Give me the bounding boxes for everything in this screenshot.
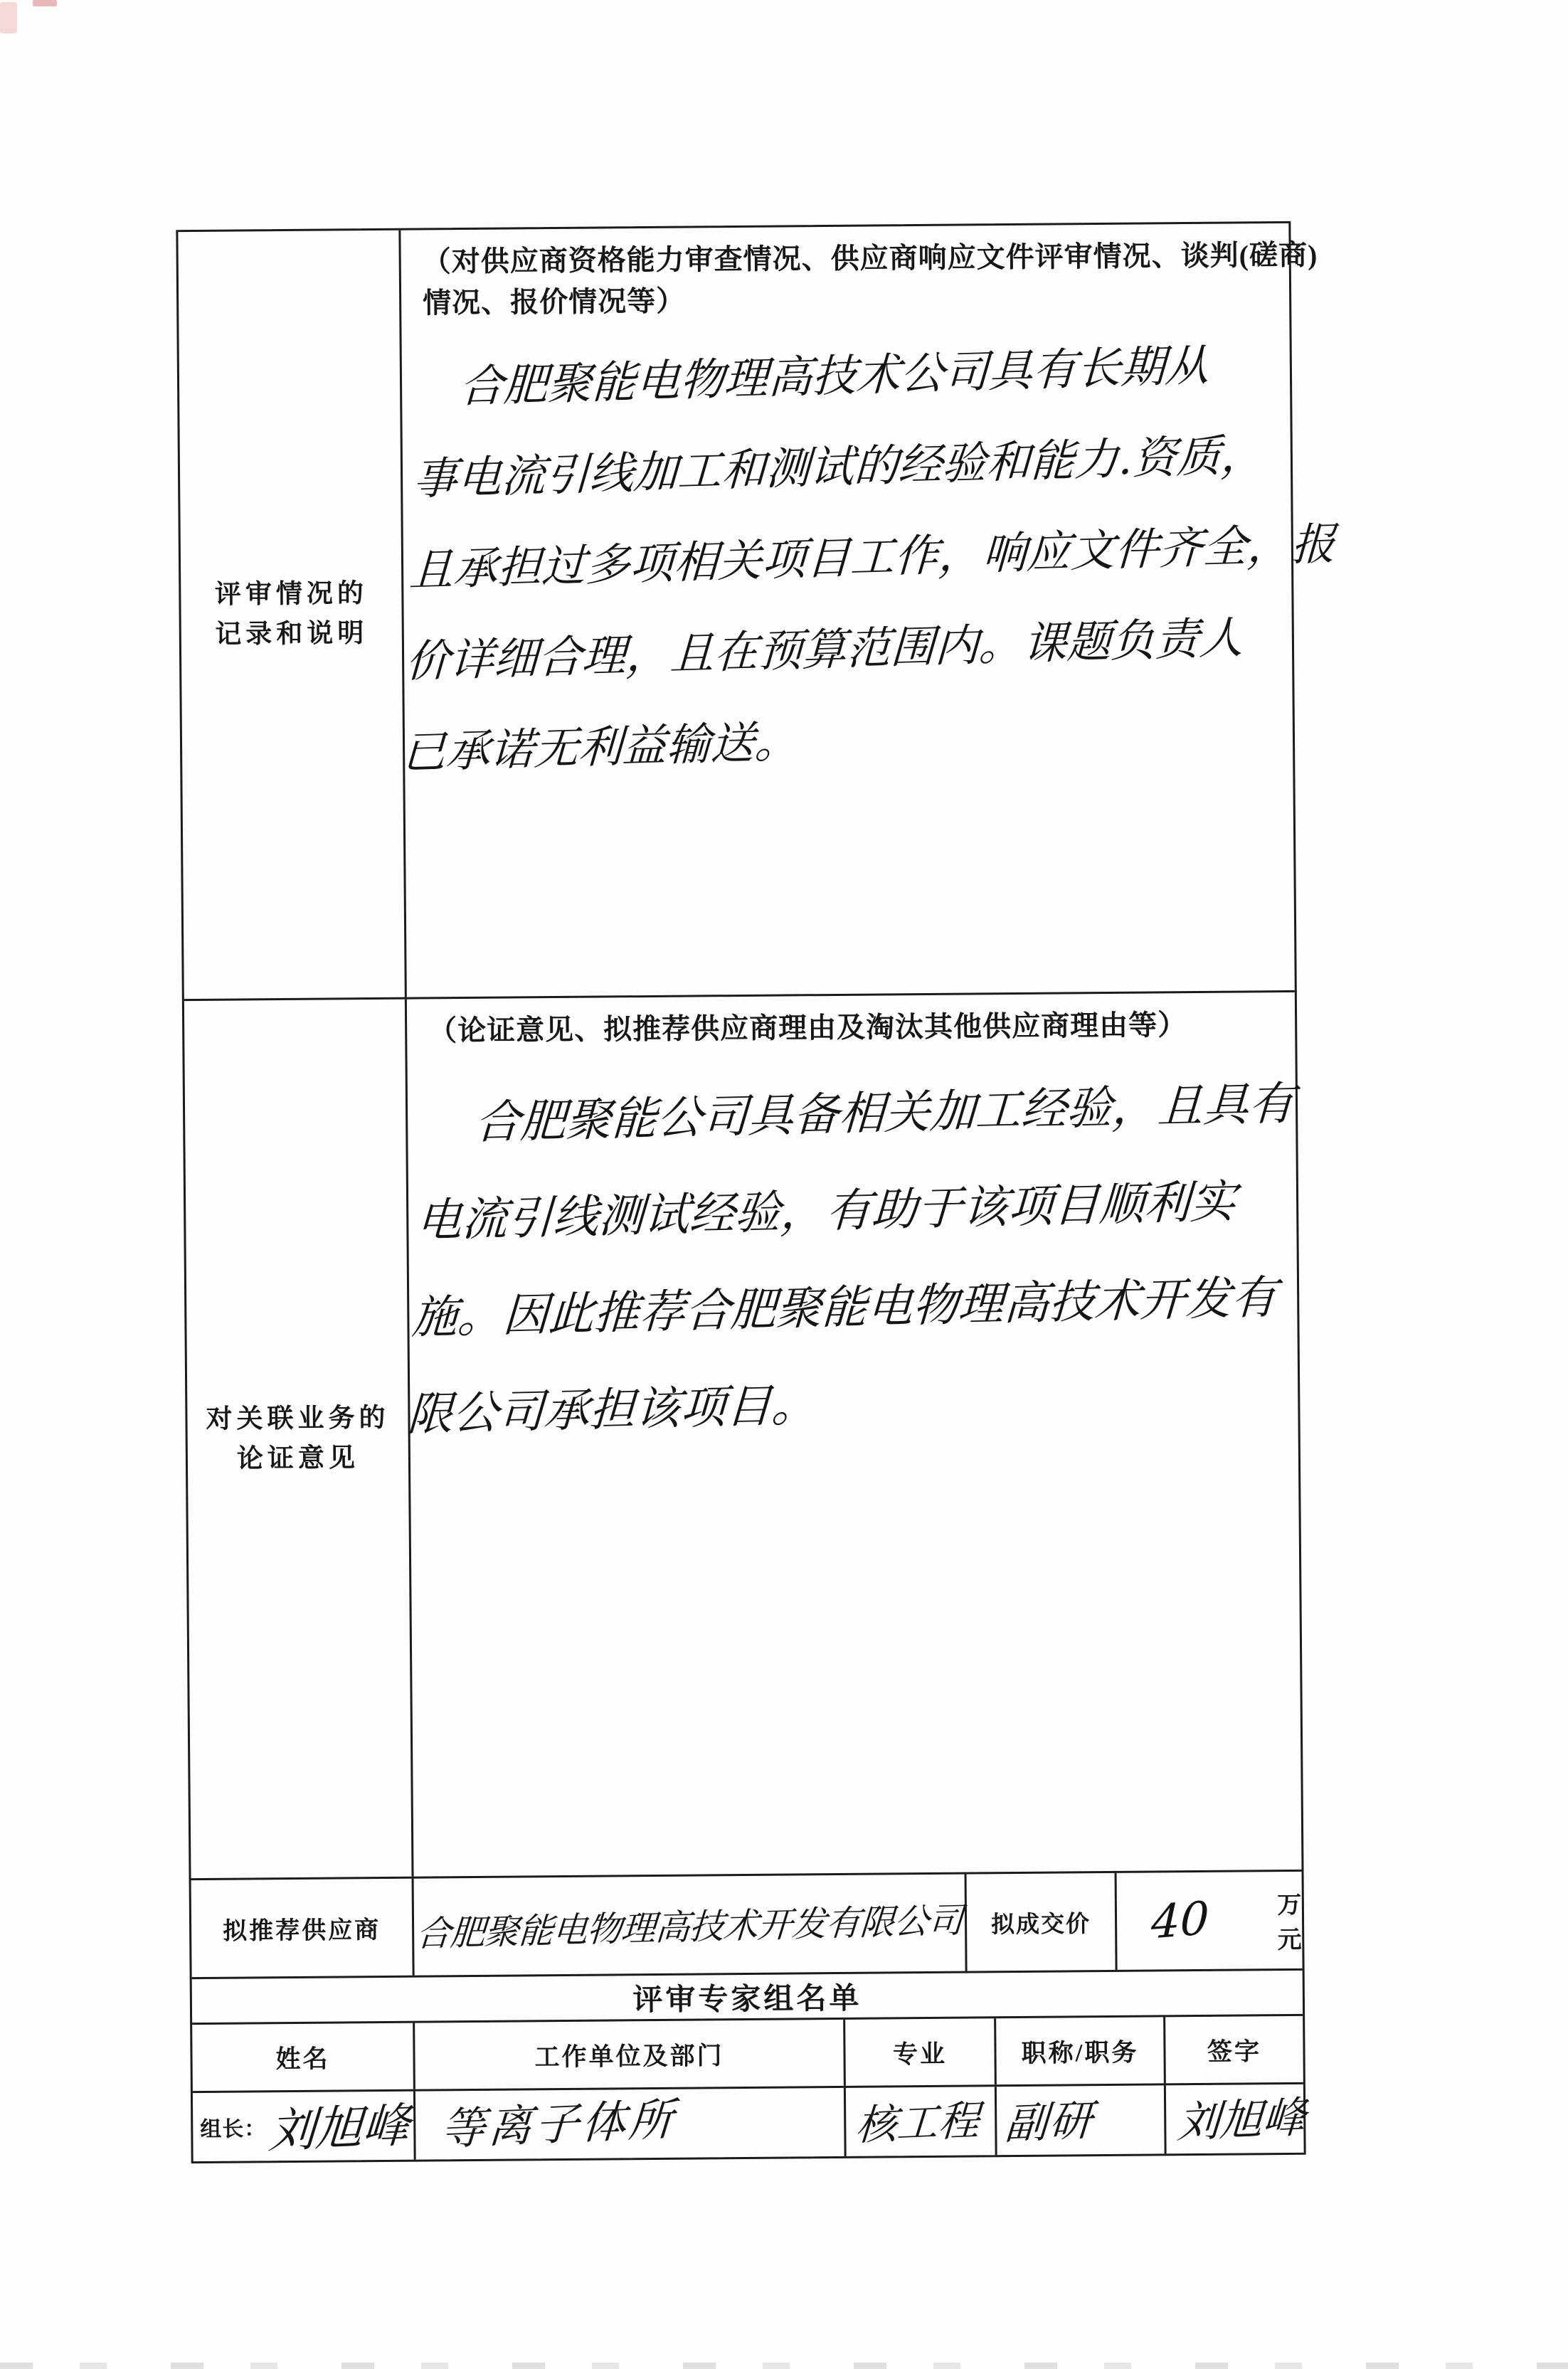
leader-name-cell: 组长： 刘旭峰 (193, 2092, 414, 2161)
leader-signature-cell: 刘旭峰 (1164, 2084, 1306, 2154)
related-business-label: 对关联业务的 论证意见 (184, 1000, 412, 1878)
evaluation-form-table: 评审情况的 记录和说明 （对供应商资格能力审查情况、供应商响应文件评审情况、谈判… (176, 221, 1305, 2163)
leader-unit-handwritten: 等离子体所 (440, 2084, 678, 2157)
related-business-handwriting: 合肥聚能公司具备相关加工经验，且具有 电流引线测试经验，有助于该项目顺利实 施。… (405, 1056, 1296, 1464)
related-business-label-line2: 论证意见 (237, 1438, 359, 1479)
experts-header-name: 姓名 (192, 2023, 413, 2091)
supplier-name-handwritten: 合肥聚能电物理高技术开发有限公司 (415, 1893, 964, 1957)
price-label: 拟成交价 (965, 1873, 1116, 1971)
leader-major-cell: 核工程 (844, 2087, 995, 2156)
experts-title-row: 评审专家组名单 (192, 1968, 1303, 2023)
review-record-label-line1: 评审情况的 (215, 574, 368, 615)
related-business-row: 对关联业务的 论证意见 （论证意见、拟推荐供应商理由及淘汰其他供应商理由等） 合… (184, 990, 1302, 1878)
scan-artifact-red-1 (0, 2, 17, 33)
supplier-label: 拟推荐供应商 (191, 1879, 413, 1977)
review-record-label-line2: 记录和说明 (215, 614, 368, 655)
review-record-handwriting: 合肥聚能电物理高技术公司具有长期从 事电流引线加工和测试的经验和能力.资质， 且… (400, 316, 1345, 799)
leader-title-handwritten: 副研 (1004, 2087, 1096, 2152)
price-unit-label: 万元 (1277, 1885, 1305, 1955)
price-value-handwritten: 40 (1150, 1892, 1209, 1950)
supplier-name-cell: 合肥聚能电物理高技术开发有限公司 (412, 1875, 965, 1976)
experts-section-title: 评审专家组名单 (192, 1971, 1303, 2023)
related-business-printed-note: （论证意见、拟推荐供应商理由及淘汰其他供应商理由等） (407, 992, 1297, 1052)
review-record-content: （对供应商资格能力审查情况、供应商响应文件评审情况、谈判(磋商)情况、报价情况等… (398, 223, 1350, 997)
leader-title-cell: 副研 (995, 2085, 1165, 2155)
leader-role-label: 组长： (193, 2111, 266, 2143)
scanned-document-page: 评审情况的 记录和说明 （对供应商资格能力审查情况、供应商响应文件评审情况、谈判… (0, 0, 1568, 2369)
experts-header-signature: 签字 (1163, 2016, 1303, 2084)
experts-header-unit: 工作单位及部门 (413, 2020, 844, 2089)
experts-header-major: 专业 (843, 2018, 995, 2086)
recommendation-row: 拟推荐供应商 合肥聚能电物理高技术开发有限公司 拟成交价 40 万元 (191, 1870, 1303, 1977)
price-value-cell: 40 万元 (1115, 1872, 1323, 1970)
experts-leader-row: 组长： 刘旭峰 等离子体所 核工程 副研 刘旭峰 (193, 2082, 1304, 2161)
experts-header-row: 姓名 工作单位及部门 专业 职称/职务 签字 (192, 2014, 1303, 2091)
leader-signature-handwritten: 刘旭峰 (1176, 2083, 1308, 2150)
related-business-content: （论证意见、拟推荐供应商理由及淘汰其他供应商理由等） 合肥聚能公司具备相关加工经… (405, 992, 1303, 1877)
review-record-label: 评审情况的 记录和说明 (178, 230, 404, 999)
leader-name-handwritten: 刘旭峰 (267, 2087, 412, 2161)
scan-edge-shadow (0, 2363, 1568, 2369)
related-business-label-line1: 对关联业务的 (206, 1398, 389, 1439)
leader-major-handwritten: 核工程 (854, 2087, 982, 2152)
review-record-row: 评审情况的 记录和说明 （对供应商资格能力审查情况、供应商响应文件评审情况、谈判… (178, 223, 1294, 999)
scan-artifact-red-2 (33, 0, 57, 6)
experts-header-title: 职称/职务 (994, 2017, 1164, 2084)
leader-unit-cell: 等离子体所 (413, 2088, 844, 2160)
review-record-printed-note: （对供应商资格能力审查情况、供应商响应文件评审情况、谈判(磋商)情况、报价情况等… (401, 223, 1345, 324)
handwriting-line: 施。因此推荐合肥聚能电物理高技术开发有 (410, 1249, 1288, 1367)
handwriting-line: 限公司承担该项目。 (405, 1346, 1283, 1463)
